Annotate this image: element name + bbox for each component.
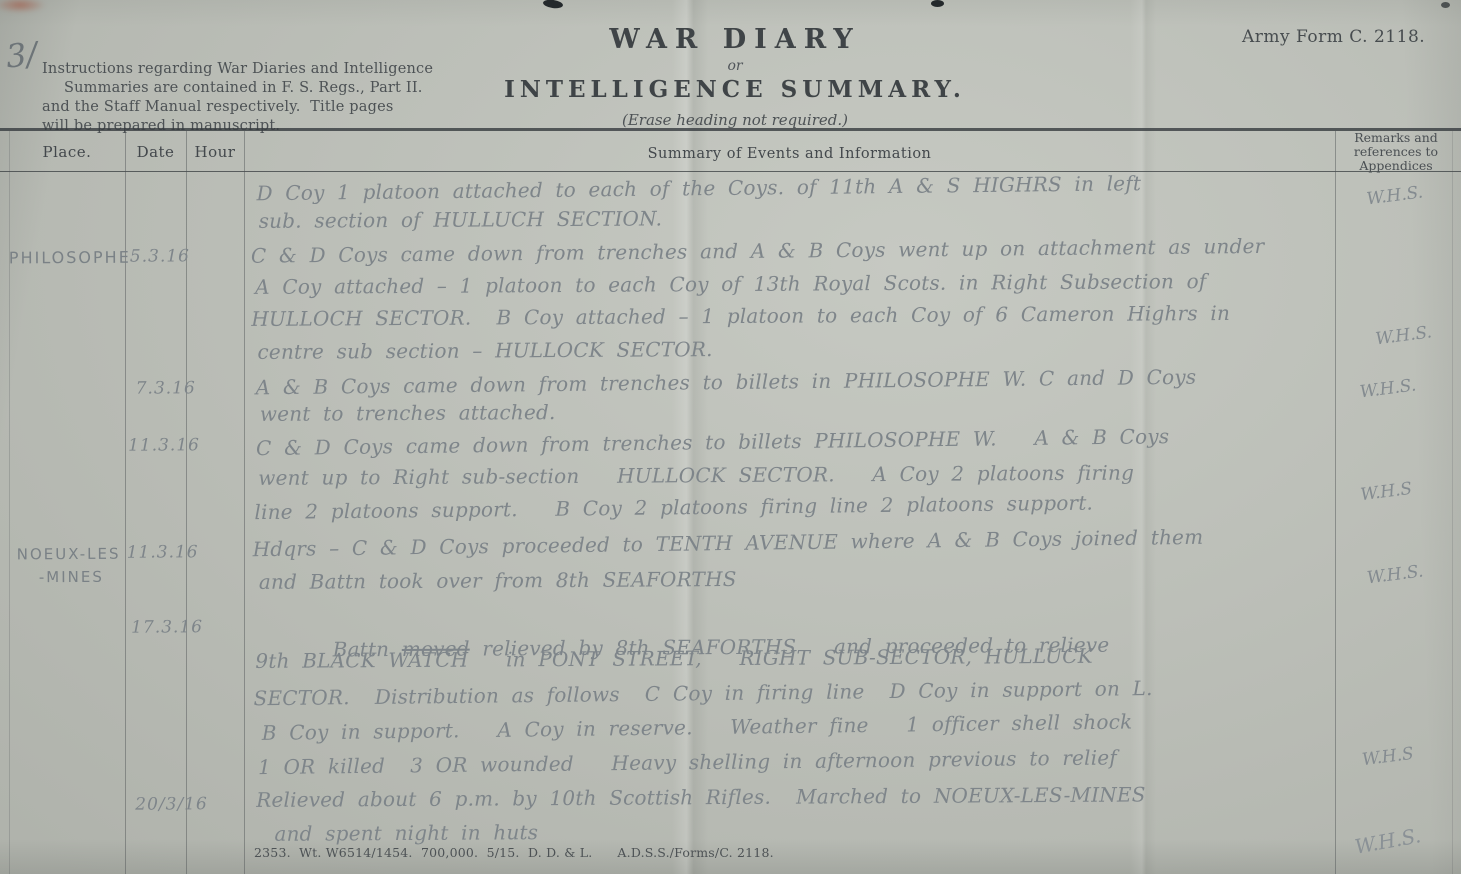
remark-initials: W.H.S xyxy=(1361,744,1415,770)
diary-line: Hdqrs – C & D Coys proceeded to TENTH AV… xyxy=(253,525,1204,561)
date-entry: 5.3.16 xyxy=(130,246,190,266)
date-entry: 11.3.16 xyxy=(127,542,199,562)
date-entry: 7.3.16 xyxy=(136,378,196,398)
date-entry: 17.3.16 xyxy=(131,617,203,637)
remark-initials: W.H.S xyxy=(1359,479,1413,505)
diary-line: Relieved about 6 p.m. by 10th Scottish R… xyxy=(256,782,1146,811)
diary-line: B Coy in support. A Coy in reserve. Weat… xyxy=(262,710,1133,745)
diary-line: 9th BLACK WATCH in PONT STREET, RIGHT SU… xyxy=(255,644,1093,673)
diary-line: and Battn took over from 8th SEAFORTHS xyxy=(259,567,737,594)
form-imprint-footer: 2353. Wt. W6514/1454. 700,000. 5/15. D. … xyxy=(254,845,774,860)
diary-line: line 2 platoons support. B Coy 2 platoon… xyxy=(254,491,1093,525)
diary-line: C & D Coys came down from trenches and A… xyxy=(251,234,1265,268)
diary-line: D Coy 1 platoon attached to each of the … xyxy=(256,171,1141,205)
diary-line: sub. section of HULLUCH SECTION. xyxy=(259,206,663,232)
remark-initials: W.H.S. xyxy=(1359,375,1418,402)
diary-line: A & B Coys came down from trenches to bi… xyxy=(256,365,1197,400)
handwritten-entries-layer: PHILOSOPHE NOEUX-LES -MINES 5.3.16 7.3.1… xyxy=(0,0,1461,874)
remark-initials: W.H.S. xyxy=(1374,322,1433,349)
remark-initials: W.H.S. xyxy=(1366,561,1425,588)
remark-initials: W.H.S. xyxy=(1365,182,1424,209)
diary-line: went up to Right sub-section HULLOCK SEC… xyxy=(258,461,1134,490)
date-entry: 20/3/16 xyxy=(135,794,208,814)
war-diary-scan-page: 3/ Instructions regarding War Diaries an… xyxy=(0,0,1461,874)
place-entry: PHILOSOPHE xyxy=(9,248,131,268)
place-entry: -MINES xyxy=(39,568,104,586)
place-entry: NOEUX-LES xyxy=(17,545,121,564)
diary-line: A Coy attached – 1 platoon to each Coy o… xyxy=(255,269,1206,299)
diary-line: 1 OR killed 3 OR wounded Heavy shelling … xyxy=(258,745,1117,779)
diary-line: C & D Coys came down from trenches to bi… xyxy=(256,424,1170,460)
diary-line: and spent night in huts xyxy=(274,820,538,846)
remark-initials: W.H.S. xyxy=(1353,823,1423,859)
diary-line: went to trenches attached. xyxy=(260,400,556,426)
diary-line: HULLOCH SECTOR. B Coy attached – 1 plato… xyxy=(251,301,1230,331)
date-entry: 11.3.16 xyxy=(128,435,200,455)
diary-line: centre sub section – HULLOCK SECTOR. xyxy=(257,337,712,364)
